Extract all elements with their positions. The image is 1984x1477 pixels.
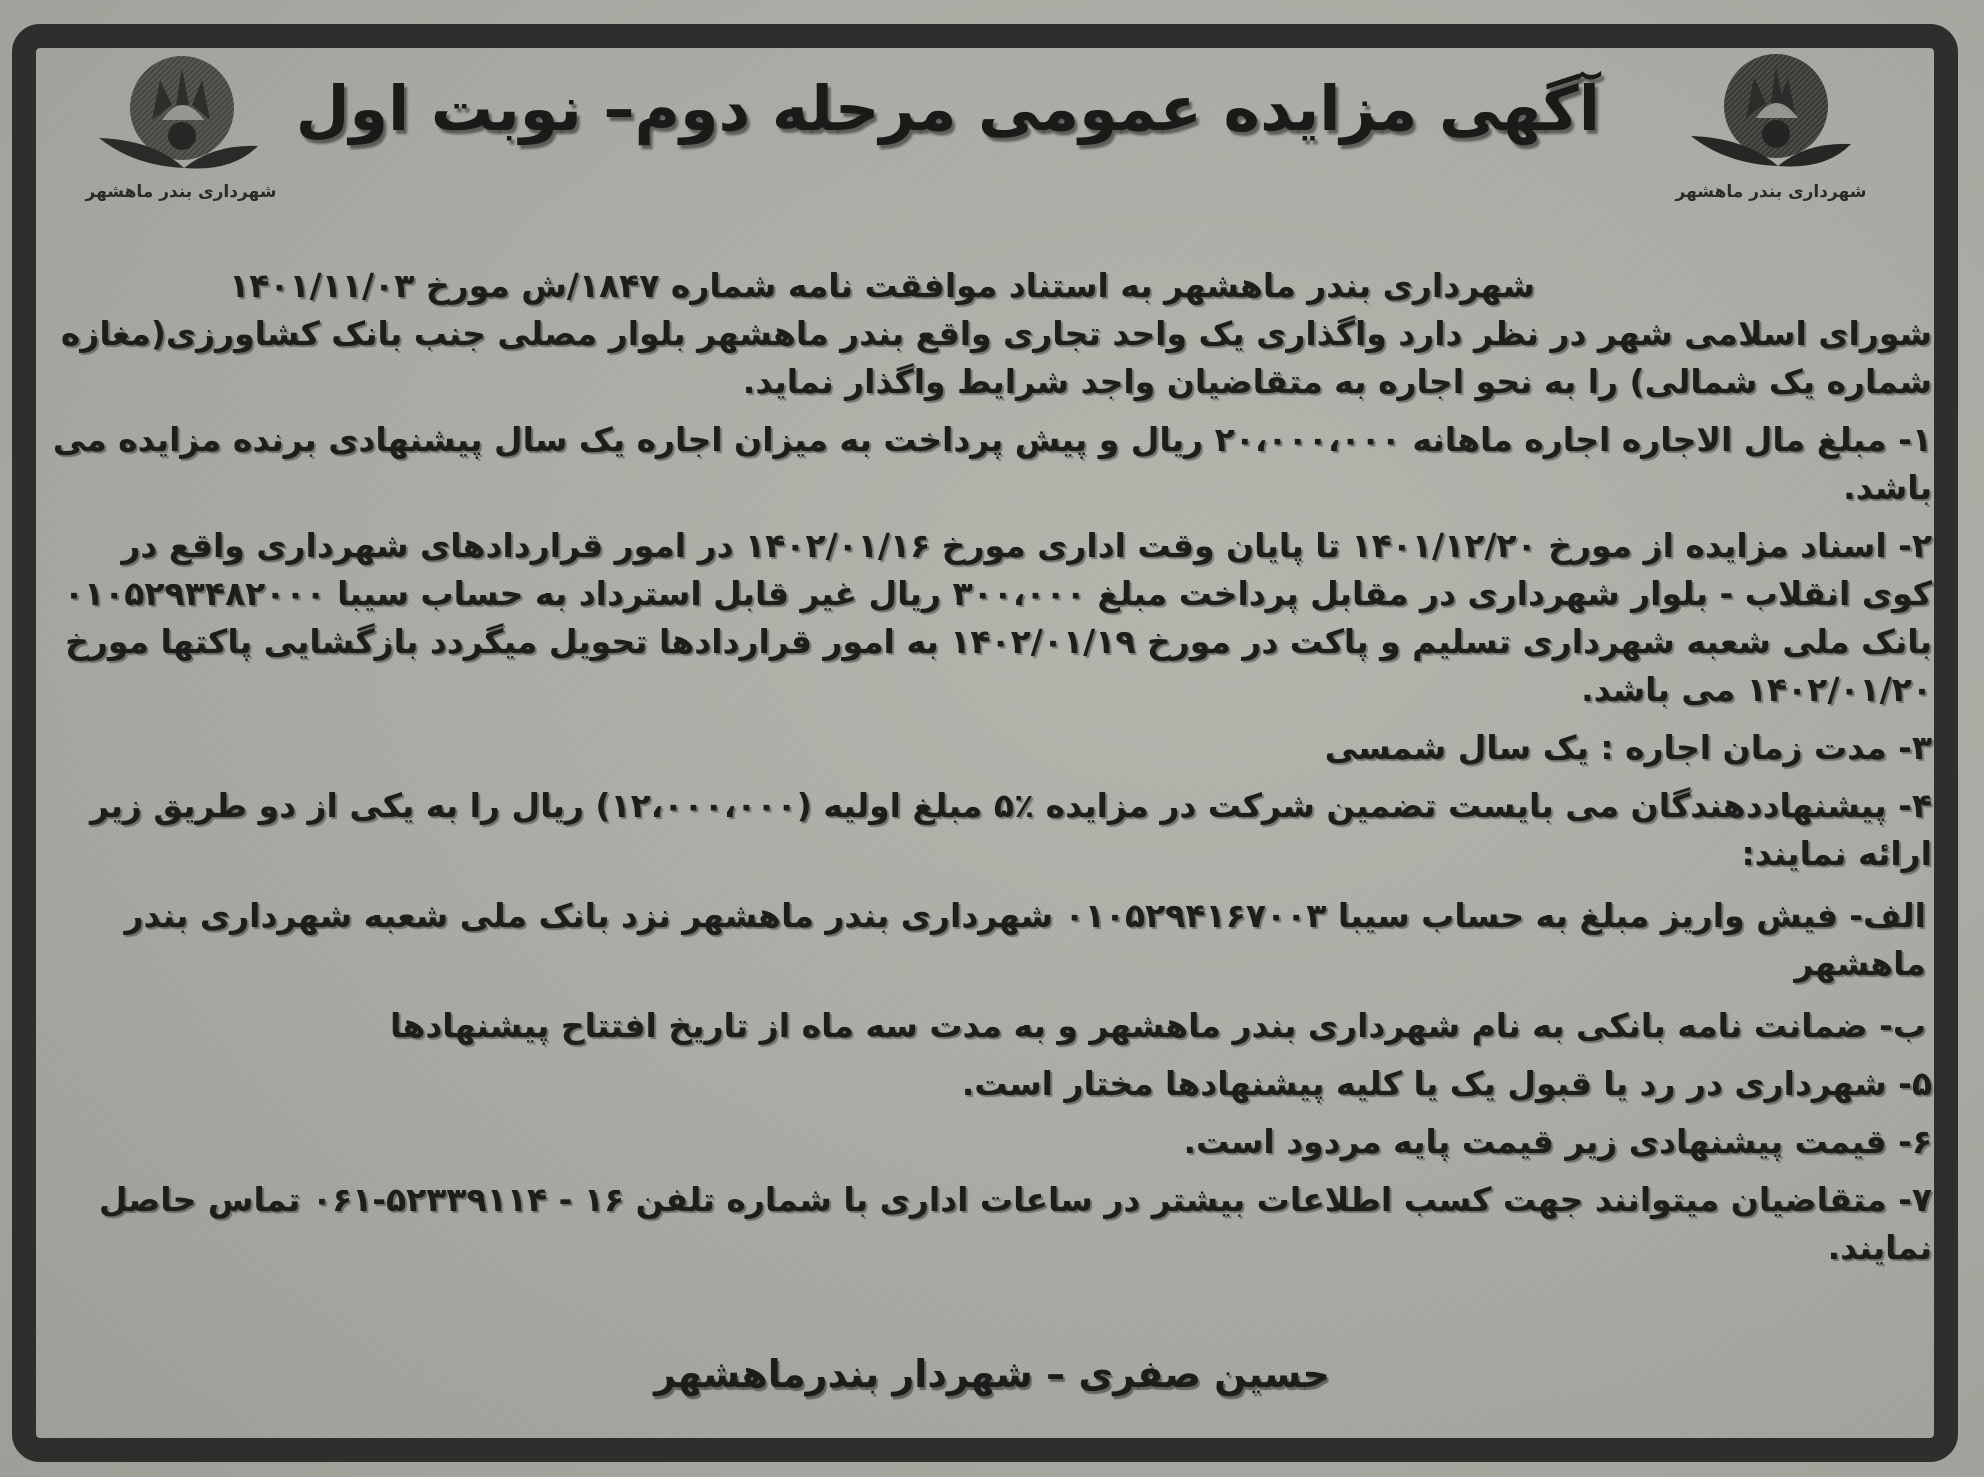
notice-title: آگهی مزایده عمومی مرحله دوم– نوبت اول — [380, 72, 1600, 145]
logo-caption-left: شهرداری بندر ماهشهر — [86, 182, 277, 202]
clause-3-lease-duration: ۳- مدت زمان اجاره : یک سال شمسی — [52, 724, 1932, 772]
clause-4a-deposit-slip: الف- فیش واریز مبلغ به حساب سیبا ۰۱۰۵۲۹۴… — [52, 892, 1932, 988]
intro-paragraph: شورای اسلامی شهر در نظر دارد واگذاری یک … — [52, 310, 1932, 406]
clause-4-guarantee: ۴- پیشنهاددهندگان می بایست تضمین شرکت در… — [52, 782, 1932, 878]
clause-2-documents-and-dates: ۲- اسناد مزایده از مورخ ۱۴۰۱/۱۲/۲۰ تا پا… — [52, 522, 1932, 714]
logo-caption-right: شهرداری بندر ماهشهر — [1676, 182, 1867, 202]
municipality-emblem-icon — [1686, 48, 1856, 178]
municipality-logo-right: شهرداری بندر ماهشهر — [1676, 48, 1866, 238]
clause-5-municipality-discretion: ۵- شهرداری در رد یا قبول یک یا کلیه پیشن… — [52, 1060, 1932, 1108]
clause-1-rent-amount: ۱- مبلغ مال الاجاره اجاره ماهانه ۲۰،۰۰۰،… — [52, 416, 1932, 512]
municipality-logo-left: شهرداری بندر ماهشهر — [86, 48, 276, 238]
intro-reference-line: شهرداری بندر ماهشهر به استناد موافقت نام… — [52, 262, 1932, 310]
clause-6-base-price: ۶- قیمت پیشنهادی زیر قیمت پایه مردود است… — [52, 1118, 1932, 1166]
signature-line: حسین صفری – شهردار بندرماهشهر — [0, 1352, 1984, 1396]
clause-7-contact-info: ۷- متقاضیان میتوانند جهت کسب اطلاعات بیش… — [52, 1176, 1932, 1272]
municipality-emblem-icon — [96, 48, 266, 178]
notice-body: شهرداری بندر ماهشهر به استناد موافقت نام… — [52, 262, 1932, 1272]
clause-4b-bank-guarantee: ب- ضمانت نامه بانکی به نام شهرداری بندر … — [52, 1002, 1932, 1050]
